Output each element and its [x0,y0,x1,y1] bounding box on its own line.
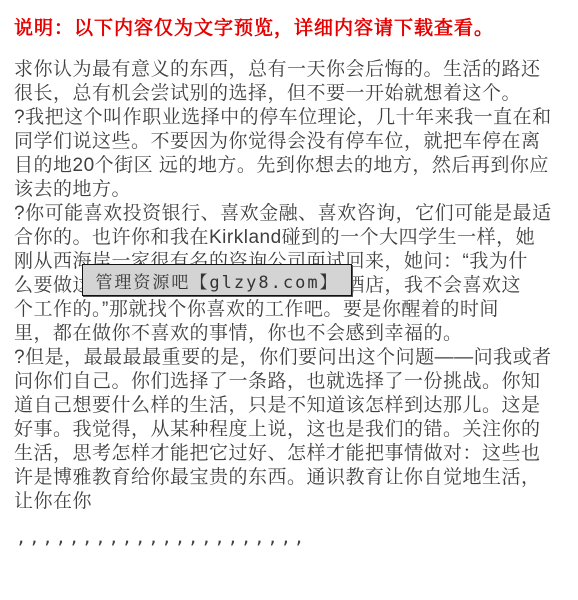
watermark-text: 管理资源吧【glzy8.com】 [95,268,338,293]
watermark-badge: 管理资源吧【glzy8.com】 [82,264,352,296]
preview-notice: 说明：以下内容仅为文字预览，详细内容请下载查看。 [14,16,564,42]
document-preview-page: 说明：以下内容仅为文字预览，详细内容请下载查看。 求你认为最有意义的东西，总有一… [0,0,578,600]
truncation-dots: ,,,,,,,,,,,,,,,,,,,,,, [16,528,307,548]
